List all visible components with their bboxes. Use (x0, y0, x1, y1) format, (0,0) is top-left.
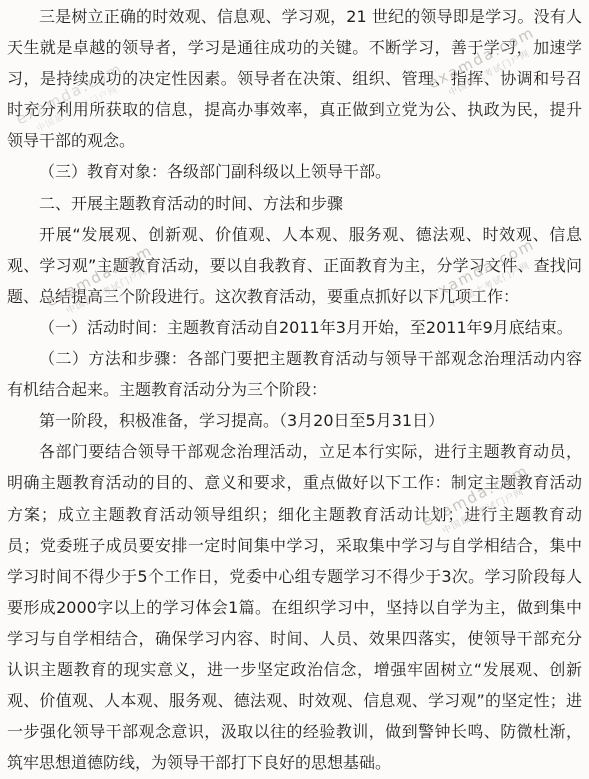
document-body: 三是树立正确的时效观、信息观、学习观，21 世纪的领导即是学习。没有人天生就是卓… (7, 1, 582, 778)
paragraph-activity-time: （一）活动时间：主题教育活动自2011年3月开始，至2011年9月底结束。 (7, 312, 582, 343)
document-page: examda.com 中国最大考试门户网 examda.com 中国最大考试门户… (0, 0, 589, 779)
paragraph-intro-third-point: 三是树立正确的时效观、信息观、学习观，21 世纪的领导即是学习。没有人天生就是卓… (7, 1, 582, 156)
paragraph-education-target: （三）教育对象：各级部门副科级以上领导干部。 (7, 156, 582, 187)
paragraph-method-steps: （二）方法和步骤：各部门要把主题教育活动与领导干部观念治理活动内容有机结合起来。… (7, 343, 582, 405)
paragraph-first-stage-detail: 各部门要结合领导干部观念治理活动，立足本行实际，进行主题教育动员，明确主题教育活… (7, 436, 582, 778)
paragraph-activity-overview: 开展“发展观、创新观、价值观、人本观、服务观、德法观、时效观、信息观、学习观”主… (7, 219, 582, 312)
paragraph-first-stage: 第一阶段，积极准备，学习提高。（3月20日至5月31日） (7, 405, 582, 436)
paragraph-section-heading: 二、开展主题教育活动的时间、方法和步骤 (7, 188, 582, 219)
